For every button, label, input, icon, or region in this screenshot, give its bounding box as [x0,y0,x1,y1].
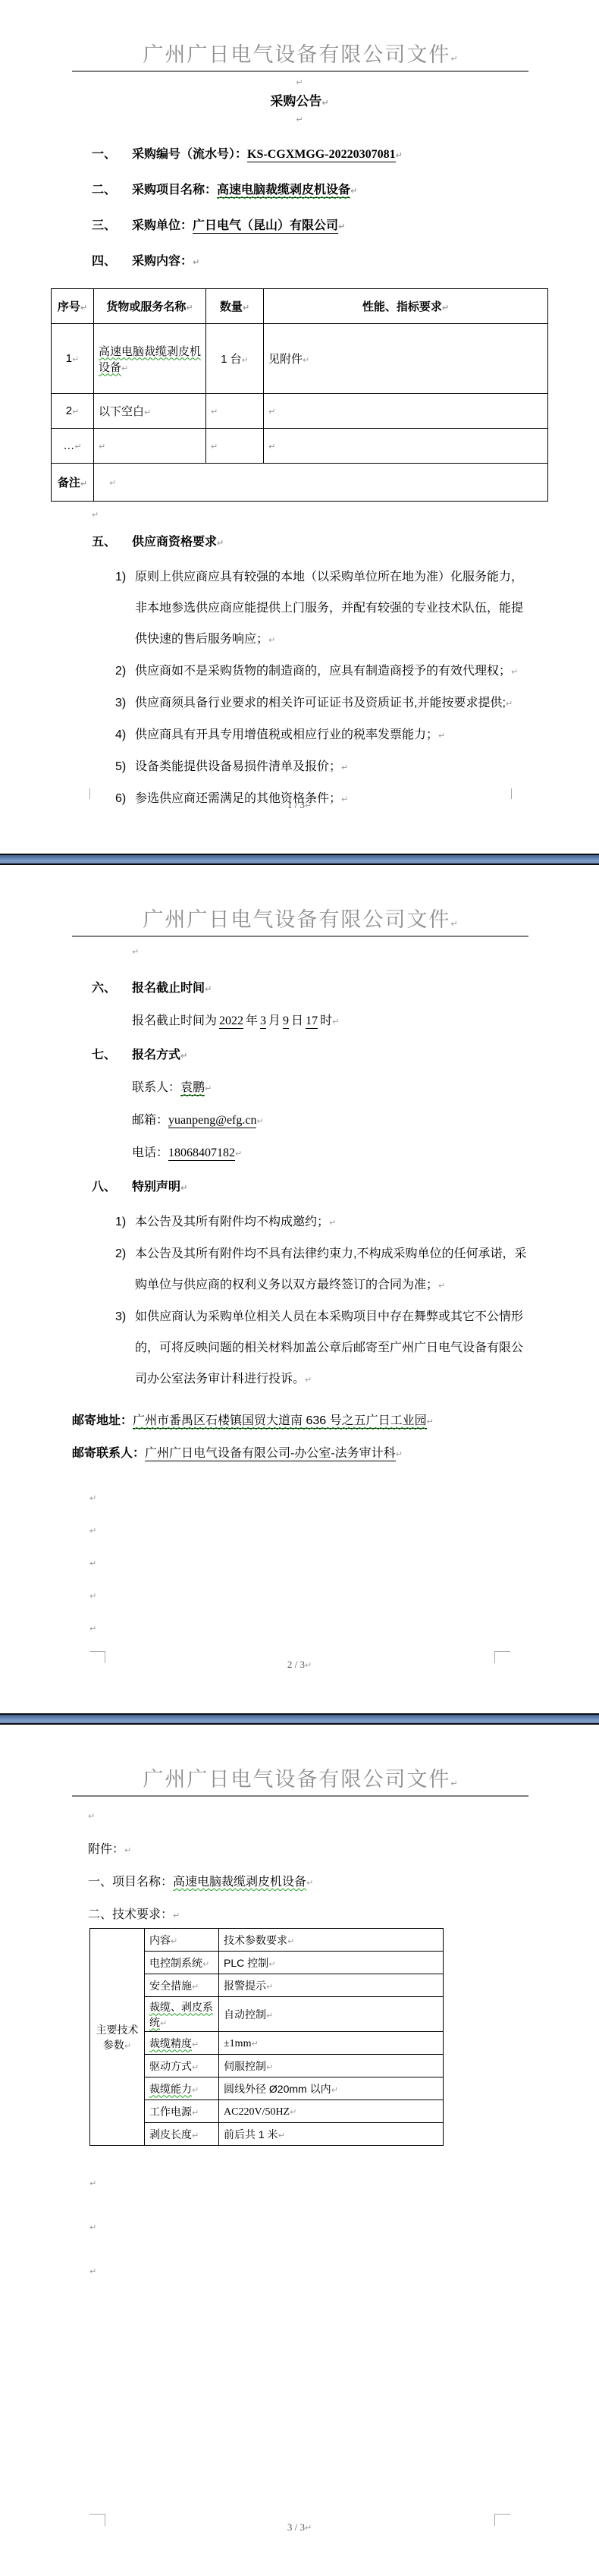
spec-value-cell: 自动控制↵ [219,1997,444,2032]
section-title: 特别声明 [132,1181,180,1194]
item-label: 采购单位： [132,219,193,232]
mail-address-value: 广州市番禺区石楼镇国贸大道南 636 号之五广日工业园 [133,1414,427,1429]
pilcrow-mark: ↵ [396,1449,403,1459]
pilcrow-mark: ↵ [290,2107,296,2117]
pilcrow-mark: ↵ [74,442,81,451]
pilcrow-mark: ↵ [211,407,218,417]
section-number: 五、 [92,532,132,549]
technical-specs-table: 主要技术参数↵ 内容↵ 技术参数要求↵ 电控制系统↵ PLC 控制↵ 安全措施↵… [89,1928,444,2146]
company-title: 广州广日电气设备有限公司文件 [143,908,450,931]
page-number-separator: / [292,799,299,810]
spec-name-cell: 裁缆精度↵ [145,2032,219,2055]
spec-name-cell: 裁缆能力↵ [145,2077,219,2100]
empty-paragraph: ↵ [89,1491,599,1508]
pilcrow-mark: ↵ [303,355,309,365]
empty-paragraph: ↵ [89,2176,599,2191]
spec-name-cell: 裁缆、剥皮系统↵ [145,1997,219,2032]
statement-list: 1)本公告及其所有附件均不构成邀约；↵ 2)本公告及其所有附件均不具有法律约束力… [0,1206,599,1395]
empty-paragraph: ↵ [89,2264,599,2279]
remark-value-cell: ↵ [94,464,548,502]
attachment-label-line: 附件：↵ [88,1839,554,1857]
item-number: 四、 [92,251,132,269]
deadline-year: 2022 [219,1014,243,1029]
cell-spec: ↵ [264,394,548,429]
col-header-spec: 性能、指标要求↵ [264,289,548,324]
pilcrow-mark: ↵ [235,1149,242,1159]
pilcrow-mark: ↵ [144,407,151,417]
statement-item: 1)本公告及其所有附件均不构成邀约；↵ [115,1206,532,1238]
spec-name-cell: 安全措施↵ [145,1974,219,1997]
pilcrow-mark: ↵ [211,442,218,451]
pilcrow-mark: ↵ [438,1281,445,1291]
pilcrow-mark: ↵ [205,1084,212,1093]
section-title: 报名截止时间 [132,982,205,995]
cell-spec: 见附件↵ [264,324,548,394]
pilcrow-mark: ↵ [186,303,193,313]
page-1: 广州广日电气设备有限公司文件↵ ↵ 采购公告↵ ↵ 一、采购编号（流水号）：KS… [0,0,599,854]
pilcrow-mark: ↵ [305,1660,312,1670]
spec-value-cell: 圆线外径 Ø20mm 以内↵ [219,2077,444,2100]
pilcrow-mark: ↵ [89,2178,96,2188]
section-number: 八、 [92,1177,132,1194]
pilcrow-mark: ↵ [396,150,403,160]
empty-paragraph: ↵ [89,1621,599,1639]
pilcrow-mark: ↵ [192,1982,199,1992]
pilcrow-mark: ↵ [92,510,99,520]
mail-contact-label: 邮寄联系人： [72,1447,145,1460]
deadline-month: 3 [260,1014,266,1029]
pilcrow-mark: ↵ [243,303,249,313]
empty-paragraph: ↵ [132,945,599,960]
pilcrow-mark: ↵ [268,635,275,645]
cell-serial: …↵ [52,429,94,464]
cell-name: 高速电脑裁缆剥皮机设备↵ [94,324,206,394]
empty-paragraph: ↵ [89,1556,599,1574]
pilcrow-mark: ↵ [242,355,249,365]
spec-name-cell: 工作电源↵ [145,2100,219,2123]
pilcrow-mark: ↵ [192,2085,199,2095]
section-number: 六、 [92,978,132,995]
table-row: 2↵ 以下空白↵ ↵ ↵ [52,394,548,429]
pilcrow-mark: ↵ [268,407,275,417]
pilcrow-mark: ↵ [338,222,345,231]
project-name-value: 高速电脑裁缆剥皮机设备 [217,184,350,198]
col-header-name: 货物或服务名称↵ [94,289,206,324]
spec-value-cell: 伺服控制↵ [219,2055,444,2077]
empty-paragraph: ↵ [88,1809,599,1824]
pilcrow-mark: ↵ [99,442,105,451]
attachment-project-name-value: 高速电脑裁缆剥皮机设备 [173,1876,306,1889]
requirement-list: 1)原则上供应商应具有较强的本地（以采购单位所在地为准）化服务能力，非本地参选供… [0,561,599,815]
section-supplier-qualification: 五、供应商资格要求↵ [92,532,554,549]
page-3: 广州广日电气设备有限公司文件↵ ↵ 附件：↵ 一、项目名称：高速电脑裁缆剥皮机设… [0,1725,599,2576]
item-procurement-content: 四、采购内容：↵ [92,251,554,269]
document: 广州广日电气设备有限公司文件↵ ↵ 采购公告↵ ↵ 一、采购编号（流水号）：KS… [0,0,599,2576]
pilcrow-mark: ↵ [506,699,513,709]
text-boundary-mark [511,788,512,799]
pilcrow-mark: ↵ [121,363,128,373]
page-break-bar [0,854,599,865]
document-title: 采购公告↵ [0,90,599,109]
pilcrow-mark: ↵ [278,2131,285,2140]
spec-value-cell: 报警提示↵ [219,1974,444,1997]
spec-name-cell: 驱动方式↵ [145,2055,219,2077]
pilcrow-mark: ↵ [268,1959,275,1969]
pilcrow-mark: ↵ [217,538,224,548]
mail-contact-line: 邮寄联系人：广州广日电气设备有限公司-办公室-法务审计科↵ [72,1443,554,1461]
page-break-bar [0,1713,599,1725]
mail-address-label: 邮寄地址： [72,1414,133,1427]
item-number: 三、 [92,215,132,233]
pilcrow-mark: ↵ [442,303,449,313]
text-boundary-mark [89,788,90,799]
spec-name-cell: 剥皮长度↵ [145,2123,219,2146]
pilcrow-mark: ↵ [287,1936,294,1946]
pilcrow-mark: ↵ [89,1624,96,1634]
pilcrow-mark: ↵ [192,2108,199,2118]
letterhead: 广州广日电气设备有限公司文件↵ [72,1725,528,1797]
pilcrow-mark: ↵ [450,54,457,64]
contact-email: yuanpeng@efg.cn [168,1114,256,1128]
cell-serial: 1↵ [52,324,94,394]
table-row: 1↵ 高速电脑裁缆剥皮机设备↵ 1 台↵ 见附件↵ [52,324,548,394]
company-title: 广州广日电气设备有限公司文件 [143,43,450,66]
pilcrow-mark: ↵ [305,2523,312,2533]
pilcrow-mark: ↵ [180,1051,187,1061]
attachment-tech-requirements: 二、技术要求：↵ [88,1904,554,1922]
spec-group-cell: 主要技术参数↵ [90,1929,145,2146]
table-remark-row: 备注↵ ↵ [52,464,548,502]
section-number: 七、 [92,1045,132,1062]
pilcrow-mark: ↵ [89,1493,96,1503]
pilcrow-mark: ↵ [89,2266,96,2276]
contact-name-line: 联系人：袁鹏↵ [132,1077,554,1095]
statement-item: 2)本公告及其所有附件均不具有法律约束力,不构成采购单位的任何承诺，采购单位与供… [115,1238,532,1301]
pilcrow-mark: ↵ [171,1936,177,1946]
pilcrow-mark: ↵ [266,1982,273,1992]
pilcrow-mark: ↵ [268,442,275,451]
pilcrow-mark: ↵ [511,667,518,677]
spec-value-cell: ±1mm↵ [219,2032,444,2055]
pilcrow-mark: ↵ [80,303,87,313]
pilcrow-mark: ↵ [306,1878,313,1888]
procurement-number-value: KS-CGXMGG-20220307081 [247,148,396,162]
pilcrow-mark: ↵ [296,115,303,124]
item-label: 采购内容： [132,255,193,268]
pilcrow-mark: ↵ [72,407,79,417]
pilcrow-mark: ↵ [205,984,212,994]
cell-qty: ↵ [206,429,264,464]
spec-value-cell: AC220V/50HZ↵ [219,2100,444,2123]
pilcrow-mark: ↵ [329,1218,336,1228]
contact-email-line: 邮箱：yuanpeng@efg.cn↵ [132,1110,554,1128]
table-header-row: 序号↵ 货物或服务名称↵ 数量↵ 性能、指标要求↵ [52,289,548,324]
cell-qty: ↵ [206,394,264,429]
statement-item: 3)如供应商认为采购单位相关人员在本采购项目中存在舞弊或其它不公情形的，可将反映… [115,1301,532,1395]
table-row: …↵ ↵ ↵ ↵ [52,429,548,464]
section-title: 报名方式 [132,1049,180,1062]
section-title: 供应商资格要求 [132,536,217,549]
pilcrow-mark: ↵ [305,800,312,810]
pilcrow-mark: ↵ [256,1116,263,1126]
pilcrow-mark: ↵ [124,2041,131,2051]
empty-paragraph: ↵ [0,112,599,126]
cell-spec: ↵ [264,429,548,464]
section-registration: 七、报名方式↵ [92,1045,554,1062]
requirement-item: 5)设备类能提供设备易损件清单及报价；↵ [115,751,532,783]
spec-value-cell: 技术参数要求↵ [219,1929,444,1952]
spec-row: 主要技术参数↵ 内容↵ 技术参数要求↵ [90,1929,444,1952]
empty-paragraph: ↵ [0,75,599,89]
pilcrow-mark: ↵ [88,1811,95,1821]
company-title: 广州广日电气设备有限公司文件 [143,1768,450,1791]
requirement-item: 4)供应商具有开具专用增值税或相应行业的税率发票能力；↵ [115,719,532,751]
pilcrow-mark: ↵ [80,479,87,489]
purchasing-unit-value: 广日电气（昆山）有限公司 [193,219,338,234]
spec-name-cell: 内容↵ [145,1929,219,1952]
spec-value-cell: 前后共 1 米↵ [219,2123,444,2146]
pilcrow-mark: ↵ [331,2085,338,2095]
deadline-paragraph: 报名截止时间为2022年3月9日17时↵ [132,1011,554,1028]
pilcrow-mark: ↵ [321,98,328,108]
pilcrow-mark: ↵ [89,2222,96,2232]
cell-name: ↵ [94,429,206,464]
spec-value-cell: PLC 控制↵ [219,1952,444,1974]
pilcrow-mark: ↵ [109,478,116,488]
page-2: 广州广日电气设备有限公司文件↵ ↵ 六、报名截止时间↵ 报名截止时间为2022年… [0,865,599,1713]
pilcrow-mark: ↵ [202,1959,209,1969]
page-number-separator: / [292,2521,299,2533]
empty-paragraph: ↵ [89,1589,599,1606]
remark-label-cell: 备注↵ [52,464,94,502]
page-footer: 3 / 3↵ [0,2521,599,2534]
pilcrow-mark: ↵ [89,1591,96,1601]
section-special-statement: 八、特别声明↵ [92,1177,554,1194]
page-footer: 1 / 3↵ [0,799,599,811]
contact-phone: 18068407182 [168,1146,235,1161]
item-number: 一、 [92,144,132,162]
pilcrow-mark: ↵ [296,77,303,87]
pilcrow-mark: ↵ [438,731,445,741]
pilcrow-mark: ↵ [124,1845,131,1855]
requirement-item: 1)原则上供应商应具有较强的本地（以采购单位所在地为准）化服务能力，非本地参选供… [115,561,532,656]
section-deadline: 六、报名截止时间↵ [92,978,554,995]
item-purchasing-unit: 三、采购单位：广日电气（昆山）有限公司↵ [92,215,554,233]
pilcrow-mark: ↵ [89,1558,96,1568]
pilcrow-mark: ↵ [305,1375,312,1385]
pilcrow-mark: ↵ [132,947,139,957]
page-number-separator: / [292,1659,299,1670]
attachment-project-name: 一、项目名称：高速电脑裁缆剥皮机设备↵ [88,1872,554,1889]
mail-contact-value: 广州广日电气设备有限公司-办公室-法务审计科 [145,1447,396,1461]
pilcrow-mark: ↵ [266,2062,273,2072]
pilcrow-mark: ↵ [341,763,348,772]
empty-paragraph: ↵ [89,1524,599,1541]
letterhead: 广州广日电气设备有限公司文件↵ [72,0,528,72]
cell-name: 以下空白↵ [94,394,206,429]
item-label: 采购项目名称： [132,184,217,197]
pilcrow-mark: ↵ [332,1017,339,1027]
pilcrow-mark: ↵ [266,2011,273,2021]
contact-name: 袁鹏 [180,1081,205,1096]
page-footer: 2 / 3↵ [0,1659,599,1671]
mail-address-line: 邮寄地址：广州市番禺区石楼镇国贸大道南 636 号之五广日工业园↵ [72,1411,554,1428]
col-header-qty: 数量↵ [206,289,264,324]
contact-phone-line: 电话：18068407182↵ [132,1143,554,1160]
pilcrow-mark: ↵ [72,354,79,364]
pilcrow-mark: ↵ [193,257,199,267]
item-procurement-number: 一、采购编号（流水号）：KS-CGXMGG-20220307081↵ [92,144,554,162]
requirement-item: 3)供应商须具备行业要求的相关许可证证书及资质证书,并能按要求提供;↵ [115,687,532,719]
pilcrow-mark: ↵ [192,2062,199,2072]
pilcrow-mark: ↵ [350,186,357,196]
pilcrow-mark: ↵ [160,2018,167,2028]
spec-name-cell: 电控制系统↵ [145,1952,219,1974]
item-label: 采购编号（流水号）： [132,148,247,161]
pilcrow-mark: ↵ [192,2040,199,2049]
pilcrow-mark: ↵ [180,1183,187,1193]
pilcrow-mark: ↵ [192,2131,199,2140]
empty-paragraph: ↵ [92,508,599,523]
deadline-day: 9 [283,1014,289,1029]
pilcrow-mark: ↵ [450,1779,457,1788]
deadline-hour: 17 [306,1014,318,1029]
item-project-name: 二、采购项目名称：高速电脑裁缆剥皮机设备↵ [92,180,554,197]
letterhead: 广州广日电气设备有限公司文件↵ [72,865,528,937]
col-header-serial: 序号↵ [52,289,94,324]
item-number: 二、 [92,180,132,197]
requirement-item: 2)供应商如不是采购货物的制造商的，应具有制造商授予的有效代理权；↵ [115,656,532,687]
pilcrow-mark: ↵ [251,2039,258,2049]
cell-serial: 2↵ [52,394,94,429]
empty-paragraph: ↵ [89,2220,599,2235]
pilcrow-mark: ↵ [173,1911,180,1920]
procurement-items-table: 序号↵ 货物或服务名称↵ 数量↵ 性能、指标要求↵ 1↵ 高速电脑裁缆剥皮机设备… [51,288,548,502]
pilcrow-mark: ↵ [89,1526,96,1536]
cell-qty: 1 台↵ [206,324,264,394]
pilcrow-mark: ↵ [427,1417,434,1426]
pilcrow-mark: ↵ [450,919,457,929]
